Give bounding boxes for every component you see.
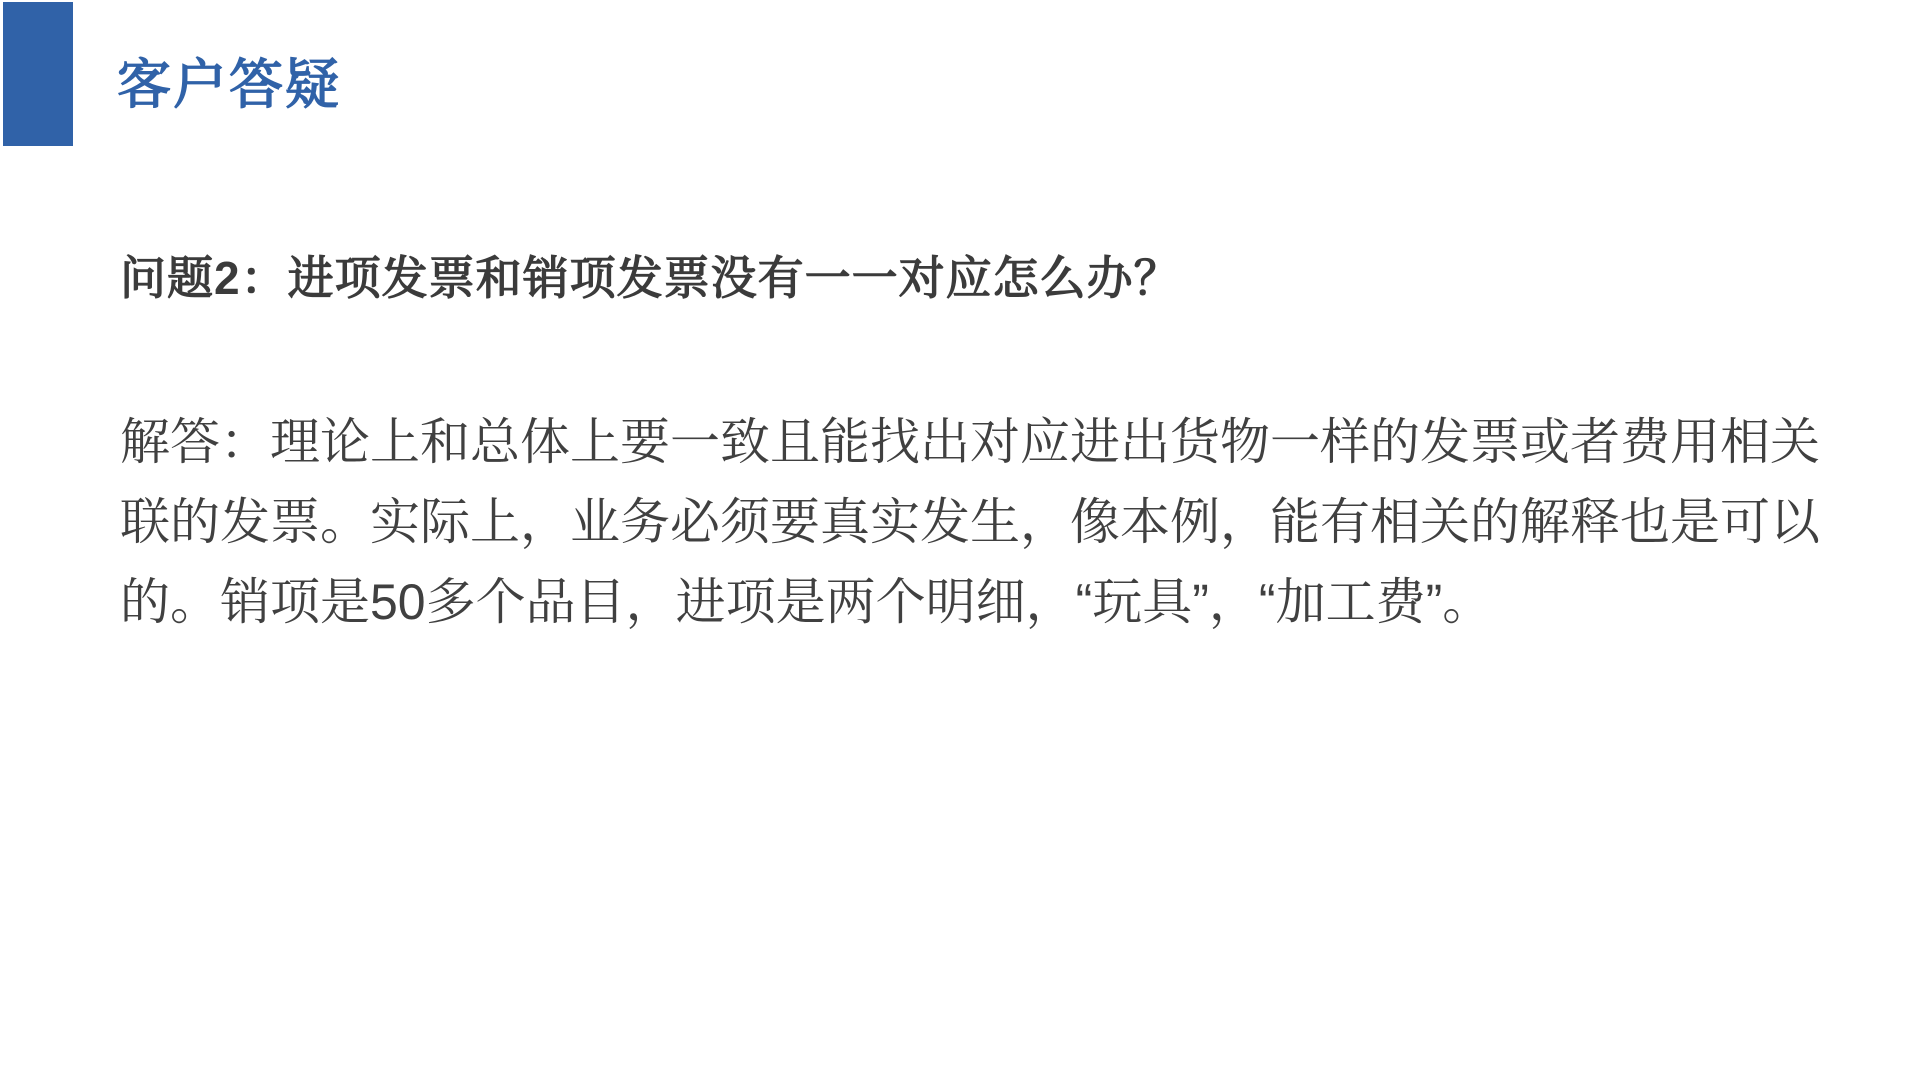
answer-line-3: 的。销项是50多个品目，进项是两个明细，“玩具”，“加工费”。	[120, 562, 1860, 642]
title-accent-bar	[3, 2, 73, 146]
answer-line-1: 解答：理论上和总体上要一致且能找出对应进出货物一样的发票或者费用相关	[120, 402, 1860, 482]
slide-title: 客户答疑	[117, 56, 341, 115]
answer-line-2: 联的发票。实际上，业务必须要真实发生，像本例，能有相关的解释也是可以	[120, 482, 1860, 562]
slide-canvas: 客户答疑 问题2：进项发票和销项发票没有一一对应怎么办？ 解答：理论上和总体上要…	[0, 0, 1920, 1080]
answer-paragraph: 解答：理论上和总体上要一致且能找出对应进出货物一样的发票或者费用相关 联的发票。…	[120, 402, 1860, 642]
question-heading: 问题2：进项发票和销项发票没有一一对应怎么办？	[120, 248, 1181, 308]
